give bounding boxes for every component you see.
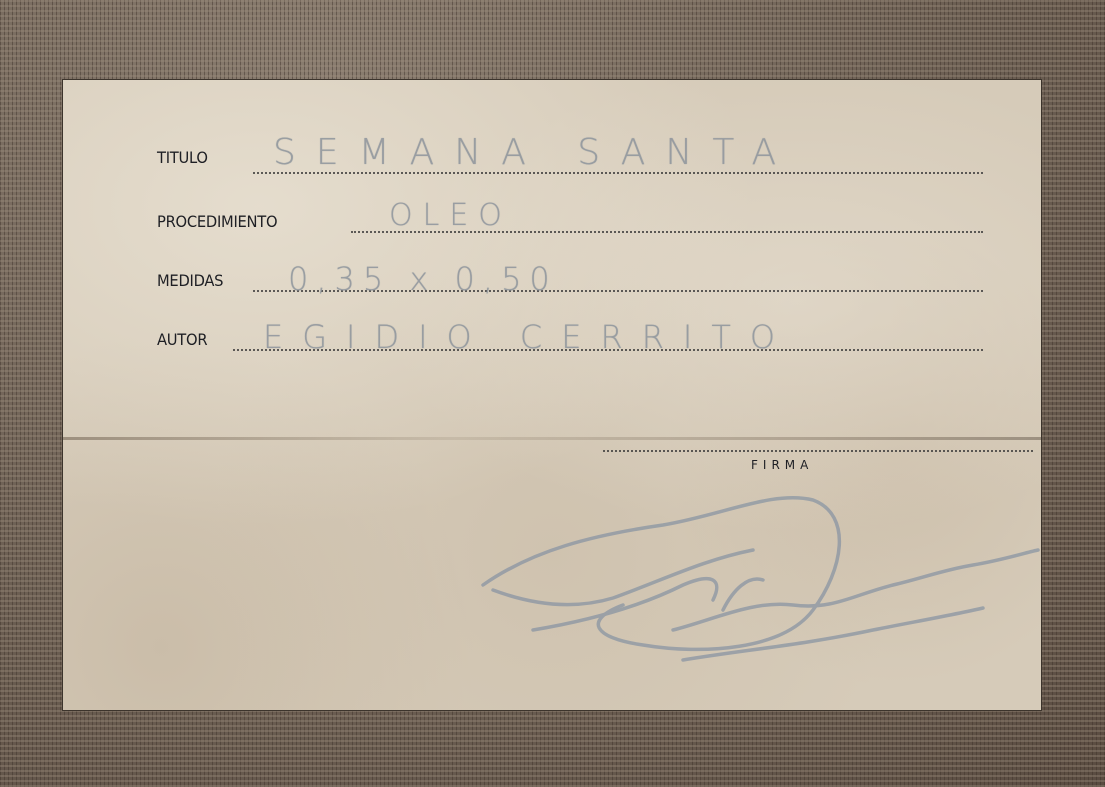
field-value-medidas: 0,35 x 0,50: [288, 260, 558, 298]
firma-label: FIRMA: [751, 458, 813, 472]
field-value-autor: EGIDIO CERRITO: [263, 318, 794, 356]
field-medidas: MEDIDAS: [157, 273, 229, 289]
handwritten-signature-icon: [473, 480, 1043, 680]
field-value-procedimiento: OLEO: [389, 198, 512, 233]
artwork-label-card: TITULO SEMANA SANTA PROCEDIMIENTO OLEO M…: [63, 80, 1041, 710]
field-procedimiento: PROCEDIMIENTO: [157, 214, 288, 230]
field-label-autor: AUTOR: [157, 332, 207, 348]
field-label-medidas: MEDIDAS: [157, 273, 223, 289]
field-label-titulo: TITULO: [157, 150, 208, 166]
card-fold-crease: [63, 437, 1041, 440]
field-label-procedimiento: PROCEDIMIENTO: [157, 214, 277, 230]
firma-dotted-line: [603, 450, 1033, 452]
field-autor: AUTOR: [157, 332, 212, 348]
field-value-titulo: SEMANA SANTA: [273, 132, 796, 173]
field-titulo: TITULO: [157, 150, 212, 166]
